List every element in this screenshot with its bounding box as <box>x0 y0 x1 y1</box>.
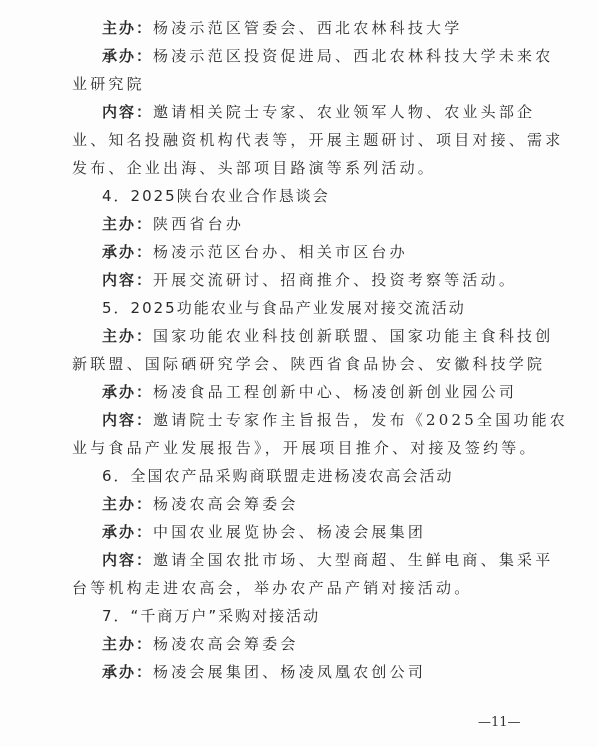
text: 杨凌农高会筹委会 <box>153 495 299 513</box>
line-continuation: 台等机构走进农高会，举办农产品产销对接活动。 <box>72 574 542 602</box>
section-heading-5: 5．2025功能农业与食品产业发展对接交流活动 <box>72 294 542 322</box>
label: 承办： <box>102 47 153 65</box>
text: 新联盟、国际硒研究学会、陕西省食品协会、安徽科技学院 <box>72 355 545 373</box>
label: 主办： <box>102 495 153 513</box>
line-content: 内容：邀请全国农批市场、大型商超、生鲜电商、集采平 <box>72 546 542 574</box>
text: 台等机构走进农高会，举办农产品产销对接活动。 <box>72 579 472 597</box>
text: 杨凌示范区管委会、西北农林科技大学 <box>153 19 462 37</box>
line-co-organizer: 承办：杨凌会展集团、杨凌凤凰农创公司 <box>72 658 542 686</box>
line-organizer: 主办：国家功能农业科技创新联盟、国家功能主食科技创 <box>72 322 542 350</box>
label: 内容： <box>102 551 153 569</box>
line-organizer: 主办：杨凌农高会筹委会 <box>72 490 542 518</box>
line-organizer: 主办：杨凌农高会筹委会 <box>72 630 542 658</box>
label: 主办： <box>102 19 153 37</box>
line-co-organizer: 承办：杨凌示范区投资促进局、西北农林科技大学未来农 <box>72 42 542 70</box>
line-content: 内容：开展交流研讨、招商推介、投资考察等活动。 <box>72 266 542 294</box>
heading-text: 4．2025陕台农业合作恳谈会 <box>102 187 330 205</box>
line-organizer: 主办：杨凌示范区管委会、西北农林科技大学 <box>72 14 542 42</box>
label: 主办： <box>102 635 153 653</box>
label: 承办： <box>102 383 153 401</box>
text: 业、知名投融资机构代表等，开展主题研讨、项目对接、需求 <box>72 131 563 149</box>
line-continuation: 业研究院 <box>72 70 542 98</box>
text: 杨凌会展集团、杨凌凤凰农创公司 <box>153 663 426 681</box>
text: 邀请院士专家作主旨报告，发布《2025全国功能农 <box>153 411 568 429</box>
text: 国家功能农业科技创新联盟、国家功能主食科技创 <box>153 327 553 345</box>
line-co-organizer: 承办：杨凌食品工程创新中心、杨凌创新创业园公司 <box>72 378 542 406</box>
text: 发布、企业出海、头部项目路演等系列活动。 <box>72 159 436 177</box>
label: 主办： <box>102 215 153 233</box>
text: 陕西省台办 <box>153 215 244 233</box>
label: 内容： <box>102 411 153 429</box>
heading-text: 6．全国农产品采购商联盟走进杨凌农高会活动 <box>102 467 454 485</box>
line-co-organizer: 承办：杨凌示范区台办、相关市区台办 <box>72 238 542 266</box>
text: 杨凌农高会筹委会 <box>153 635 299 653</box>
label: 承办： <box>102 243 153 261</box>
line-content: 内容：邀请院士专家作主旨报告，发布《2025全国功能农 <box>72 406 542 434</box>
line-continuation: 业与食品产业发展报告》，开展项目推介、对接及签约等。 <box>72 434 542 462</box>
text: 邀请全国农批市场、大型商超、生鲜电商、集采平 <box>153 551 553 569</box>
section-heading-6: 6．全国农产品采购商联盟走进杨凌农高会活动 <box>72 462 542 490</box>
label: 内容： <box>102 103 153 121</box>
text: 开展交流研讨、招商推介、投资考察等活动。 <box>153 271 517 289</box>
label: 承办： <box>102 663 153 681</box>
text: 杨凌示范区投资促进局、西北农林科技大学未来农 <box>153 47 553 65</box>
line-co-organizer: 承办：中国农业展览协会、杨凌会展集团 <box>72 518 542 546</box>
line-continuation: 业、知名投融资机构代表等，开展主题研讨、项目对接、需求 <box>72 126 542 154</box>
label: 承办： <box>102 523 153 541</box>
line-organizer: 主办：陕西省台办 <box>72 210 542 238</box>
heading-text: 5．2025功能农业与食品产业发展对接交流活动 <box>102 299 466 317</box>
line-continuation: 发布、企业出海、头部项目路演等系列活动。 <box>72 154 542 182</box>
section-heading-7: 7．“千商万户”采购对接活动 <box>72 602 542 630</box>
label: 主办： <box>102 327 153 345</box>
text: 业与食品产业发展报告》，开展项目推介、对接及签约等。 <box>72 439 538 457</box>
text: 杨凌示范区台办、相关市区台办 <box>153 243 408 261</box>
line-content: 内容：邀请相关院士专家、农业领军人物、农业头部企 <box>72 98 542 126</box>
page-number: —11— <box>478 715 521 730</box>
section-heading-4: 4．2025陕台农业合作恳谈会 <box>72 182 542 210</box>
label: 内容： <box>102 271 153 289</box>
text: 中国农业展览协会、杨凌会展集团 <box>153 523 426 541</box>
text: 杨凌食品工程创新中心、杨凌创新创业园公司 <box>153 383 517 401</box>
document-page: 主办：杨凌示范区管委会、西北农林科技大学 承办：杨凌示范区投资促进局、西北农林科… <box>72 14 542 686</box>
text: 邀请相关院士专家、农业领军人物、农业头部企 <box>153 103 535 121</box>
text: 业研究院 <box>72 75 145 93</box>
heading-text: 7．“千商万户”采购对接活动 <box>102 607 320 625</box>
line-continuation: 新联盟、国际硒研究学会、陕西省食品协会、安徽科技学院 <box>72 350 542 378</box>
